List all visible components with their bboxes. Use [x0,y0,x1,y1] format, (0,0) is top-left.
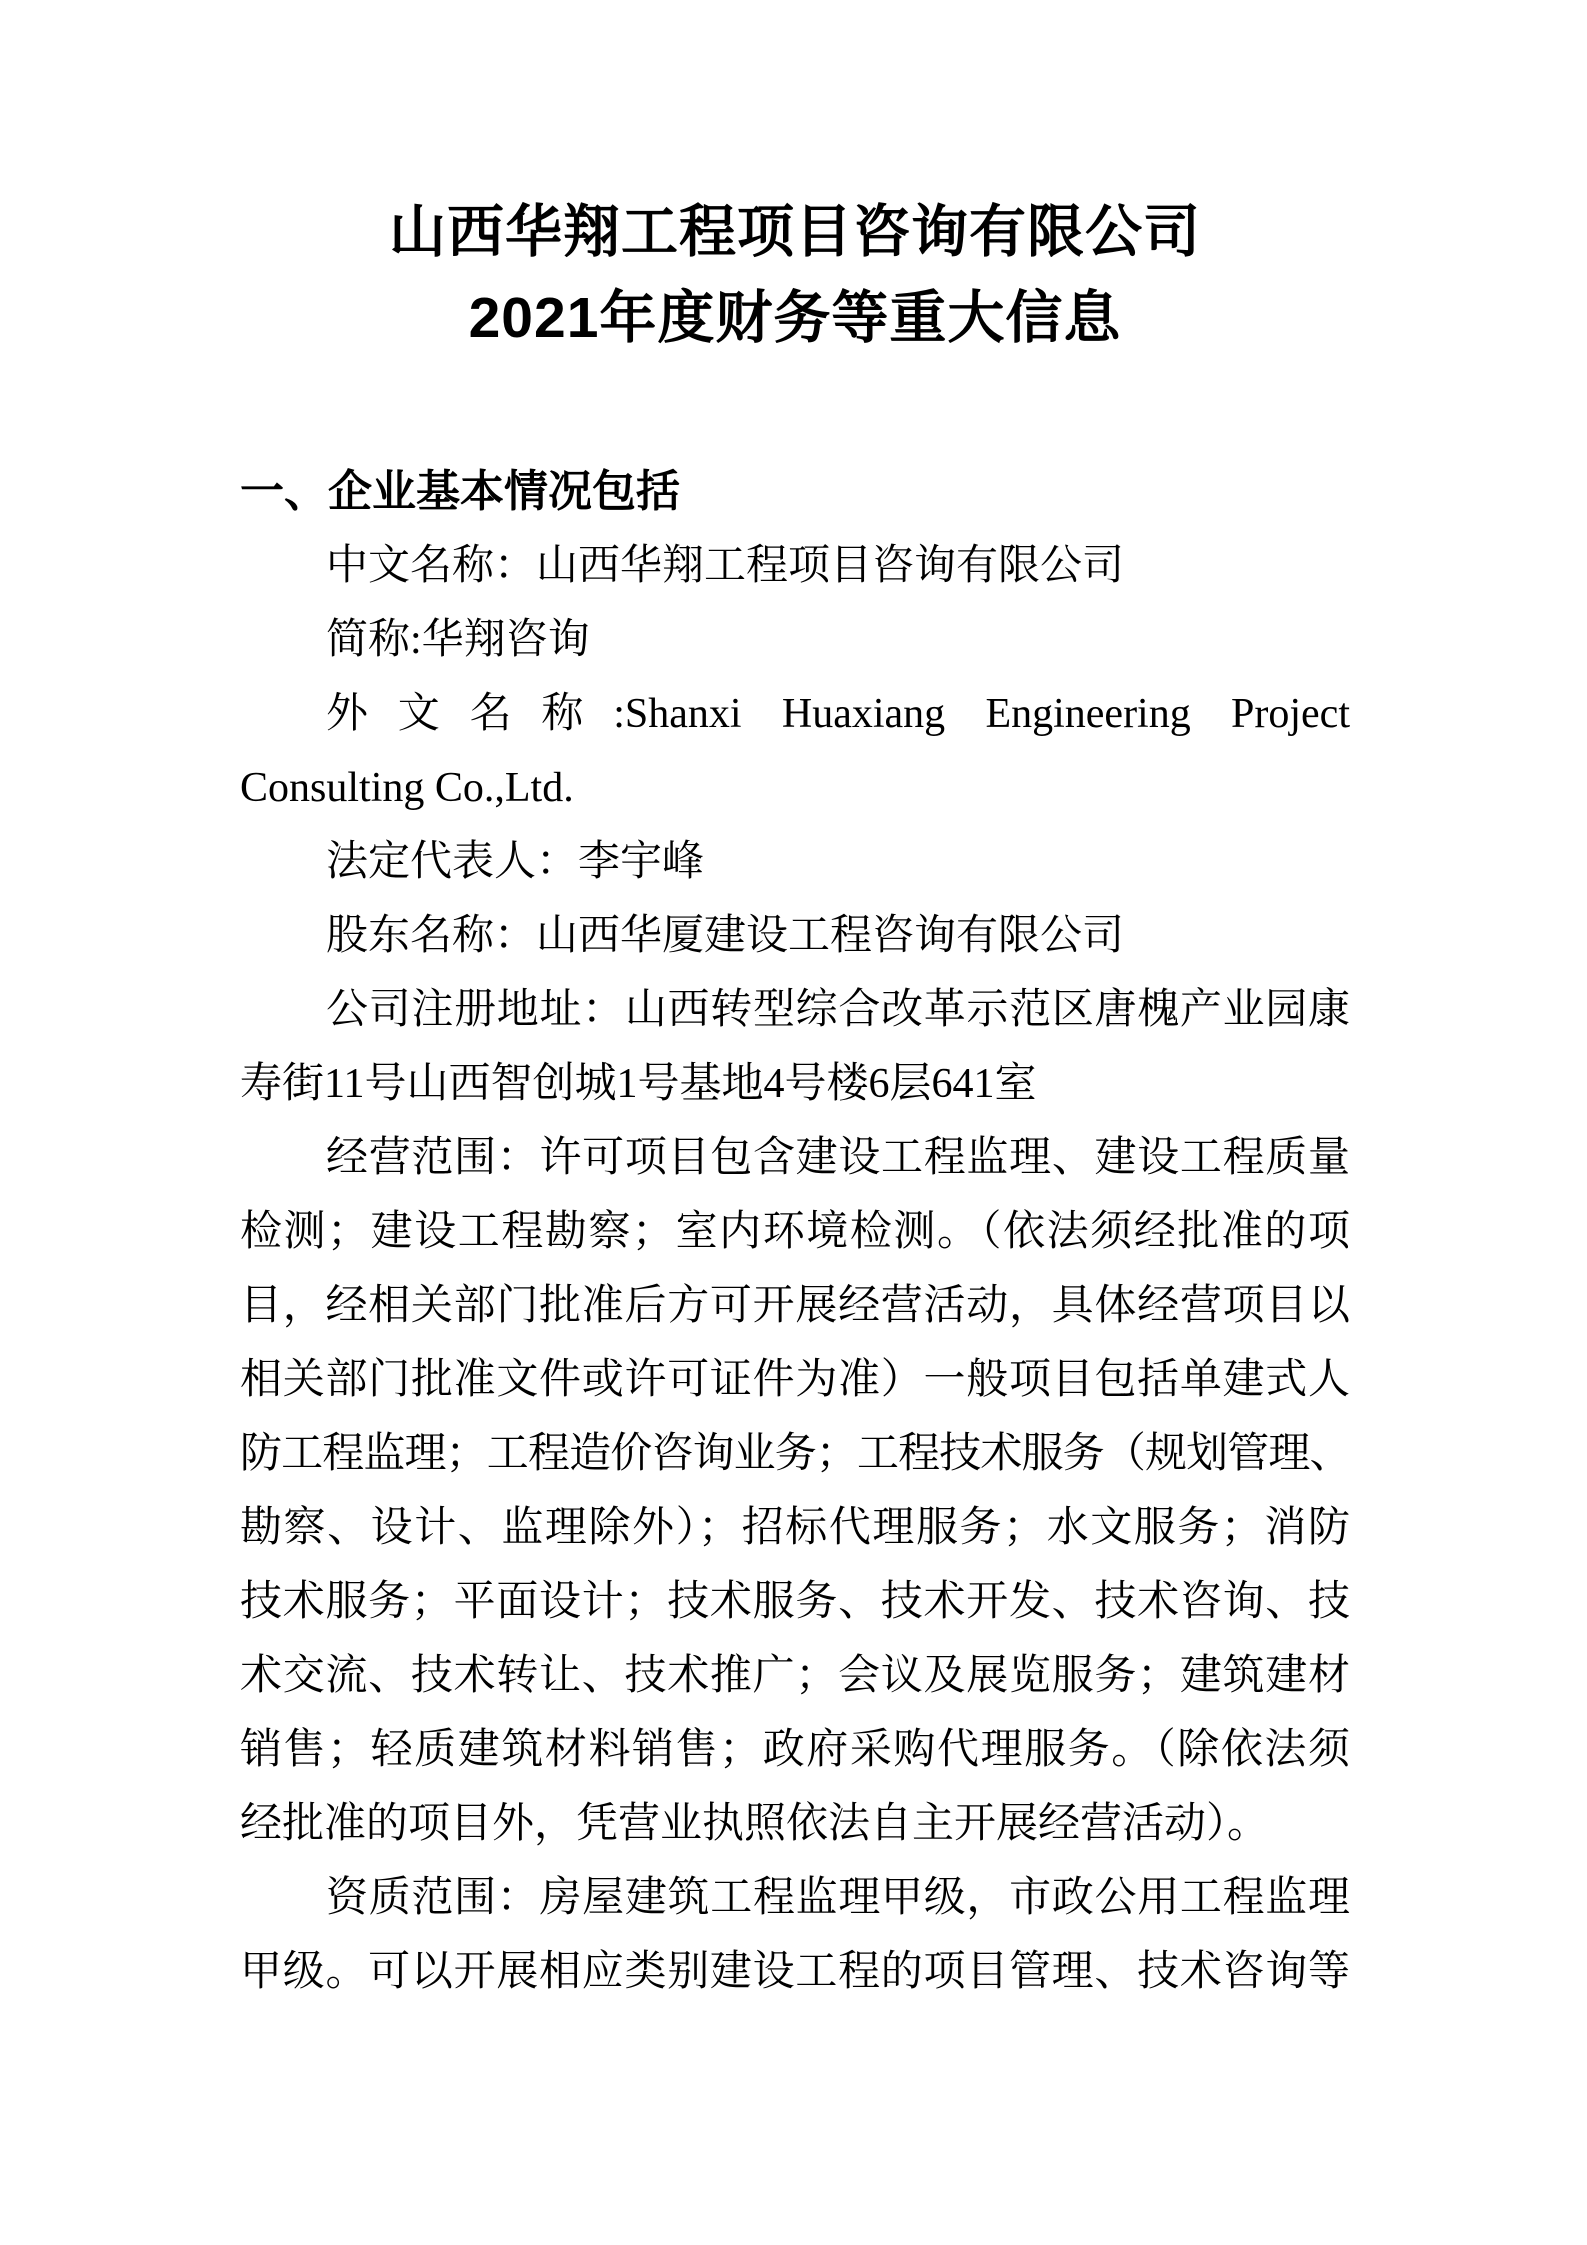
line-business-scope-8: 术交流、技术转让、技术推广；会议及展览服务；建筑建材 [240,1639,1350,1713]
line-qualification-scope-1: 资质范围：房屋建筑工程监理甲级，市政公用工程监理 [240,1861,1350,1935]
document-page: 山西华翔工程项目咨询有限公司 2021年度财务等重大信息 一、企业基本情况包括 … [0,0,1587,2245]
section-heading: 一、企业基本情况包括 [240,455,1350,529]
line-short-name: 简称:华翔咨询 [240,603,1350,677]
document-content: 山西华翔工程项目咨询有限公司 2021年度财务等重大信息 一、企业基本情况包括 … [240,0,1350,2009]
line-business-scope-9: 销售；轻质建筑材料销售；政府采购代理服务。（除依法须 [240,1713,1350,1787]
line-business-scope-7: 技术服务；平面设计；技术服务、技术开发、技术咨询、技 [240,1565,1350,1639]
line-registered-address-1: 公司注册地址：山西转型综合改革示范区唐槐产业园康 [240,973,1350,1047]
document-title: 山西华翔工程项目咨询有限公司 2021年度财务等重大信息 [240,0,1350,361]
line-chinese-name: 中文名称：山西华翔工程项目咨询有限公司 [240,529,1350,603]
line-business-scope-4: 相关部门批准文件或许可证件为准）一般项目包括单建式人 [240,1343,1350,1417]
line-qualification-scope-2: 甲级。可以开展相应类别建设工程的项目管理、技术咨询等 [240,1935,1350,2009]
line-business-scope-6: 勘察、设计、监理除外）；招标代理服务；水文服务；消防 [240,1491,1350,1565]
line-business-scope-1: 经营范围：许可项目包含建设工程监理、建设工程质量 [240,1121,1350,1195]
document-body: 中文名称：山西华翔工程项目咨询有限公司 简称:华翔咨询 外文名称:Shanxi … [240,529,1350,2009]
title-line-1: 山西华翔工程项目咨询有限公司 [240,189,1350,275]
line-english-name-2: Consulting Co.,Ltd. [240,751,1350,825]
line-registered-address-2: 寿街11号山西智创城1号基地4号楼6层641室 [240,1047,1350,1121]
line-legal-representative: 法定代表人：李宇峰 [240,825,1350,899]
line-shareholder-name: 股东名称：山西华厦建设工程咨询有限公司 [240,899,1350,973]
line-english-name-1: 外文名称:Shanxi Huaxiang Engineering Project [240,677,1350,751]
line-business-scope-2: 检测；建设工程勘察；室内环境检测。（依法须经批准的项 [240,1195,1350,1269]
line-business-scope-10: 经批准的项目外，凭营业执照依法自主开展经营活动）。 [240,1787,1350,1861]
title-line-2: 2021年度财务等重大信息 [240,275,1350,361]
line-business-scope-5: 防工程监理；工程造价咨询业务；工程技术服务（规划管理、 [240,1417,1350,1491]
line-business-scope-3: 目，经相关部门批准后方可开展经营活动，具体经营项目以 [240,1269,1350,1343]
